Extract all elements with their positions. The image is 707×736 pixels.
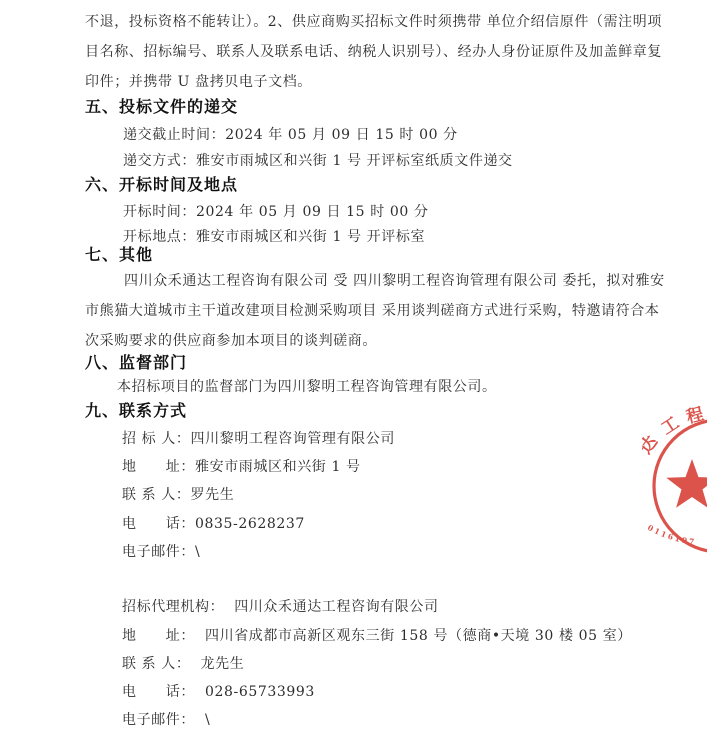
paragraph-line: 不退，投标资格不能转让）。2、供应商购买招标文件时须携带 单位介绍信原件（需注明… [85, 12, 662, 32]
agent-row-address: 地 址：四川省成都市高新区观东三街 158 号（德商•天境 30 楼 05 室） [122, 626, 632, 646]
seal-digits: 0116197 [646, 523, 697, 547]
section-heading-supervision: 八、监督部门 [85, 352, 187, 374]
field-label: 联 系 人： [122, 487, 191, 503]
paragraph-line: 次采购要求的供应商参加本项目的谈判磋商。 [85, 331, 377, 351]
field-label: 地 址： [122, 459, 195, 475]
section-heading-opening: 六、开标时间及地点 [85, 174, 238, 196]
field-value: 028-65733993 [195, 684, 315, 700]
paragraph-line: 市熊猫大道城市主干道改建项目检测采购项目 采用谈判磋商方式进行采购，特邀请符合本 [85, 301, 659, 321]
field-label: 电子邮件： [122, 544, 195, 560]
field-value: 龙先生 [191, 656, 245, 672]
field-label: 电 话： [122, 516, 195, 532]
seal-star-icon [666, 459, 707, 508]
seal-arc-char: 达 [642, 432, 662, 458]
paragraph-line: 印件；并携带 U 盘拷贝电子文档。 [85, 72, 312, 92]
seal-arc-char: 程 [684, 403, 706, 427]
field-value: 雅安市雨城区和兴街 1 号 [195, 459, 361, 475]
field-label: 地 址： [122, 628, 195, 644]
tenderer-row-phone: 电 话：0835-2628237 [122, 514, 305, 534]
section-heading-contact: 九、联系方式 [85, 400, 187, 422]
field-value: 四川省成都市高新区观东三街 158 号（德商•天境 30 楼 05 室） [195, 628, 632, 644]
field-value: 0835-2628237 [195, 516, 305, 532]
submission-method: 递交方式：雅安市雨城区和兴街 1 号 开评标室纸质文件递交 [123, 151, 513, 171]
field-value: \ [195, 544, 200, 560]
field-label: 电子邮件： [122, 712, 195, 728]
document-page: 不退，投标资格不能转让）。2、供应商购买招标文件时须携带 单位介绍信原件（需注明… [0, 0, 707, 736]
field-label: 联 系 人： [122, 656, 191, 672]
field-label: 电 话： [122, 684, 195, 700]
paragraph-line: 目名称、招标编号、联系人及联系电话、纳税人识别号）、经办人身份证原件及加盖鲜章复 [85, 42, 662, 62]
field-value: \ [195, 712, 210, 728]
field-label: 招 标 人： [122, 431, 191, 447]
tenderer-row-email: 电子邮件：\ [122, 542, 200, 562]
opening-time: 开标时间：2024 年 05 月 09 日 15 时 00 分 [123, 202, 429, 222]
section-heading-submission: 五、投标文件的递交 [85, 96, 238, 118]
agent-row-name: 招标代理机构：四川众禾通达工程咨询有限公司 [122, 597, 439, 617]
opening-place: 开标地点：雅安市雨城区和兴街 1 号 开评标室 [123, 227, 425, 247]
tenderer-row-contact-person: 联 系 人：罗先生 [122, 485, 234, 505]
paragraph-line: 四川众禾通达工程咨询有限公司 受 四川黎明工程咨询管理有限公司 委托，拟对雅安 [124, 271, 665, 291]
red-seal-stamp-icon: 达 工 程 0116197 [642, 398, 707, 570]
agent-row-phone: 电 话：028-65733993 [122, 682, 315, 702]
supervision-body: 本招标项目的监督部门为四川黎明工程咨询管理有限公司。 [117, 377, 497, 397]
field-value: 四川众禾通达工程咨询有限公司 [224, 599, 438, 615]
section-heading-other: 七、其他 [85, 244, 153, 266]
field-value: 四川黎明工程咨询管理有限公司 [191, 431, 395, 447]
submission-deadline: 递交截止时间：2024 年 05 月 09 日 15 时 00 分 [123, 125, 458, 145]
tenderer-row-name: 招 标 人：四川黎明工程咨询管理有限公司 [122, 429, 395, 449]
field-label: 招标代理机构： [122, 599, 224, 615]
agent-row-email: 电子邮件：\ [122, 710, 210, 730]
tenderer-row-address: 地 址：雅安市雨城区和兴街 1 号 [122, 457, 361, 477]
document-content: 不退，投标资格不能转让）。2、供应商购买招标文件时须携带 单位介绍信原件（需注明… [85, 0, 645, 736]
field-value: 罗先生 [191, 487, 235, 503]
agent-row-contact-person: 联 系 人：龙先生 [122, 654, 244, 674]
